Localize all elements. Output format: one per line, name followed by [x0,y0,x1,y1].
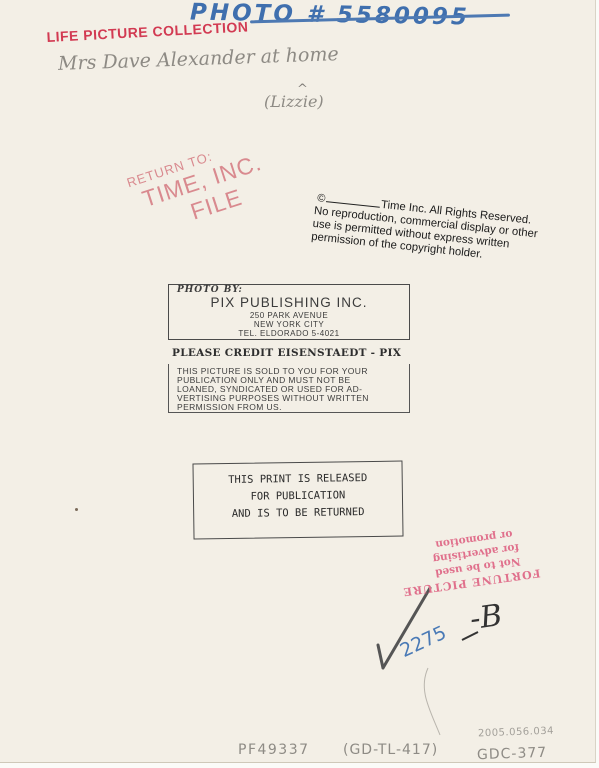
pix-company-name: PIX PUBLISHING INC. [169,295,409,310]
photo-credit-line: PLEASE CREDIT EISENSTAEDT - PIX [172,347,401,359]
file-suffix-handwritten: -B [468,598,505,637]
code-pf: PF49337 [238,742,310,758]
release-stamp: THIS PRINT IS RELEASED FOR PUBLICATION A… [192,461,403,540]
code-gdc: GDC-377 [477,745,548,763]
copyright-symbol: © [317,192,326,205]
paper-speck [75,508,78,511]
handwritten-nickname: (Lizzie) [264,92,324,111]
photo-by-label: PHOTO BY: [177,285,243,295]
pix-address-street: 250 PARK AVENUE [169,311,409,320]
usage-terms-stamp: THIS PICTURE IS SOLD TO YOU FOR YOUR PUB… [168,364,410,413]
code-gd: (GD-TL-417) [343,742,438,758]
pix-address-city: NEW YORK CITY [169,320,409,329]
pix-phone: TEL. ELDORADO 5-4021 [169,329,409,338]
release-line3: AND IS TO BE RETURNED [194,506,402,521]
release-line1: THIS PRINT IS RELEASED [194,472,402,487]
photo-verso: PHOTO # 5580095 LIFE PICTURE COLLECTION … [0,0,596,763]
release-line2: FOR PUBLICATION [194,489,402,504]
usage-terms-line: PERMISSION FROM US. [177,403,401,412]
pix-publishing-stamp: PHOTO BY: PIX PUBLISHING INC. 250 PARK A… [168,284,410,340]
